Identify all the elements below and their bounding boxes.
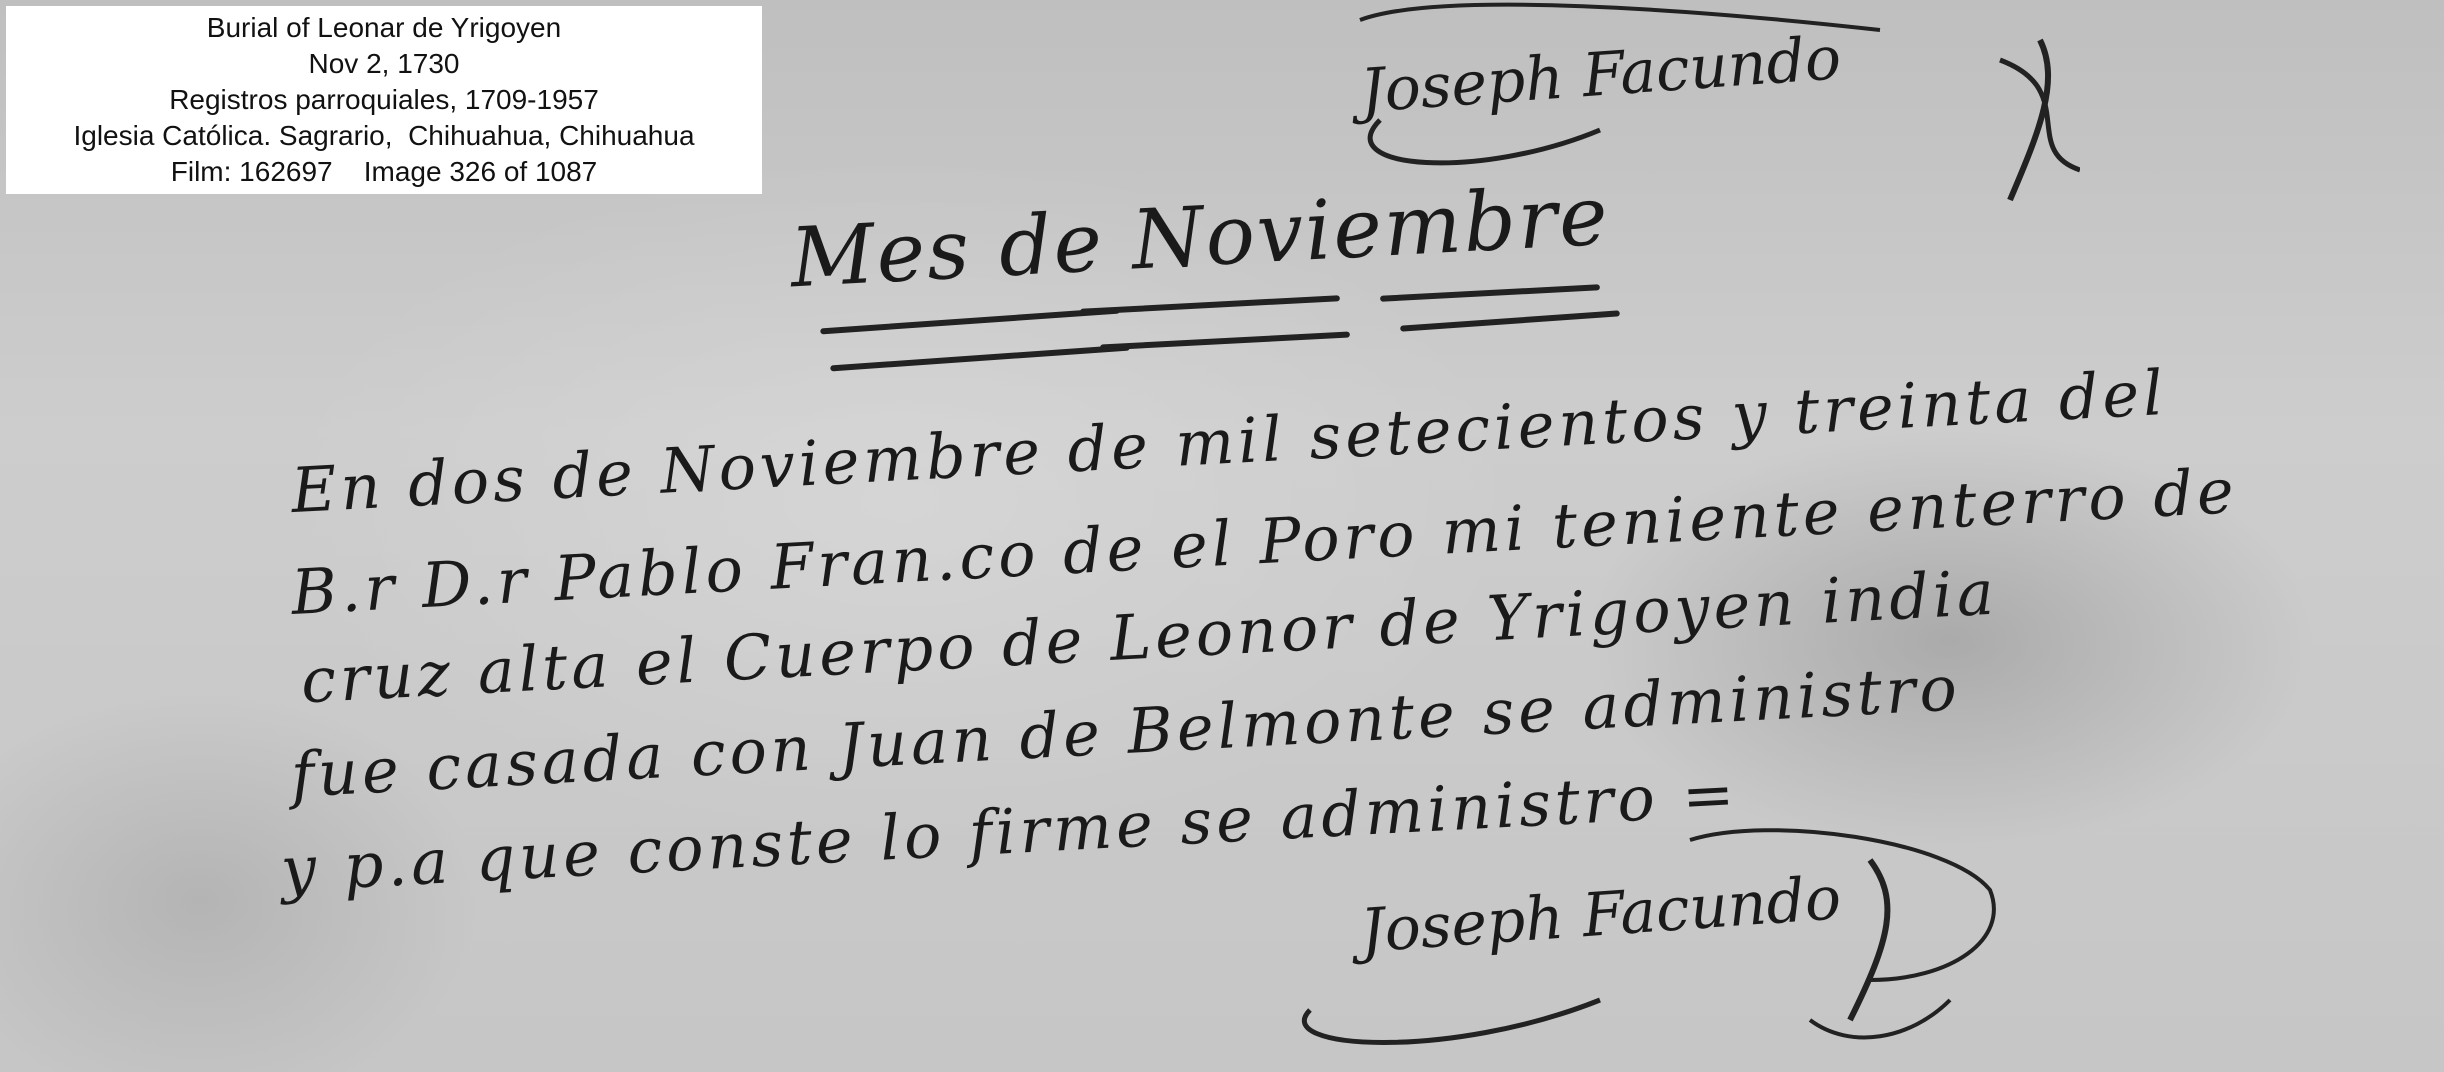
heading-underline [820, 308, 1120, 335]
caption-box: Burial of Leonar de Yrigoyen Nov 2, 1730… [6, 6, 762, 194]
month-heading: Mes de Noviembre [788, 169, 1612, 307]
caption-title: Burial of Leonar de Yrigoyen [207, 10, 561, 46]
heading-underline [1380, 284, 1600, 302]
heading-underline [1080, 295, 1340, 315]
caption-collection: Registros parroquiales, 1709-1957 [169, 82, 599, 118]
heading-underline [1400, 310, 1620, 331]
caption-date: Nov 2, 1730 [309, 46, 460, 82]
heading-underline [830, 345, 1130, 372]
caption-film-image: Film: 162697 Image 326 of 1087 [171, 154, 598, 190]
bottom-signature-flourish-icon [1250, 820, 2050, 1072]
caption-church: Iglesia Católica. Sagrario, Chihuahua, C… [73, 118, 694, 154]
heading-underline [1100, 331, 1350, 350]
